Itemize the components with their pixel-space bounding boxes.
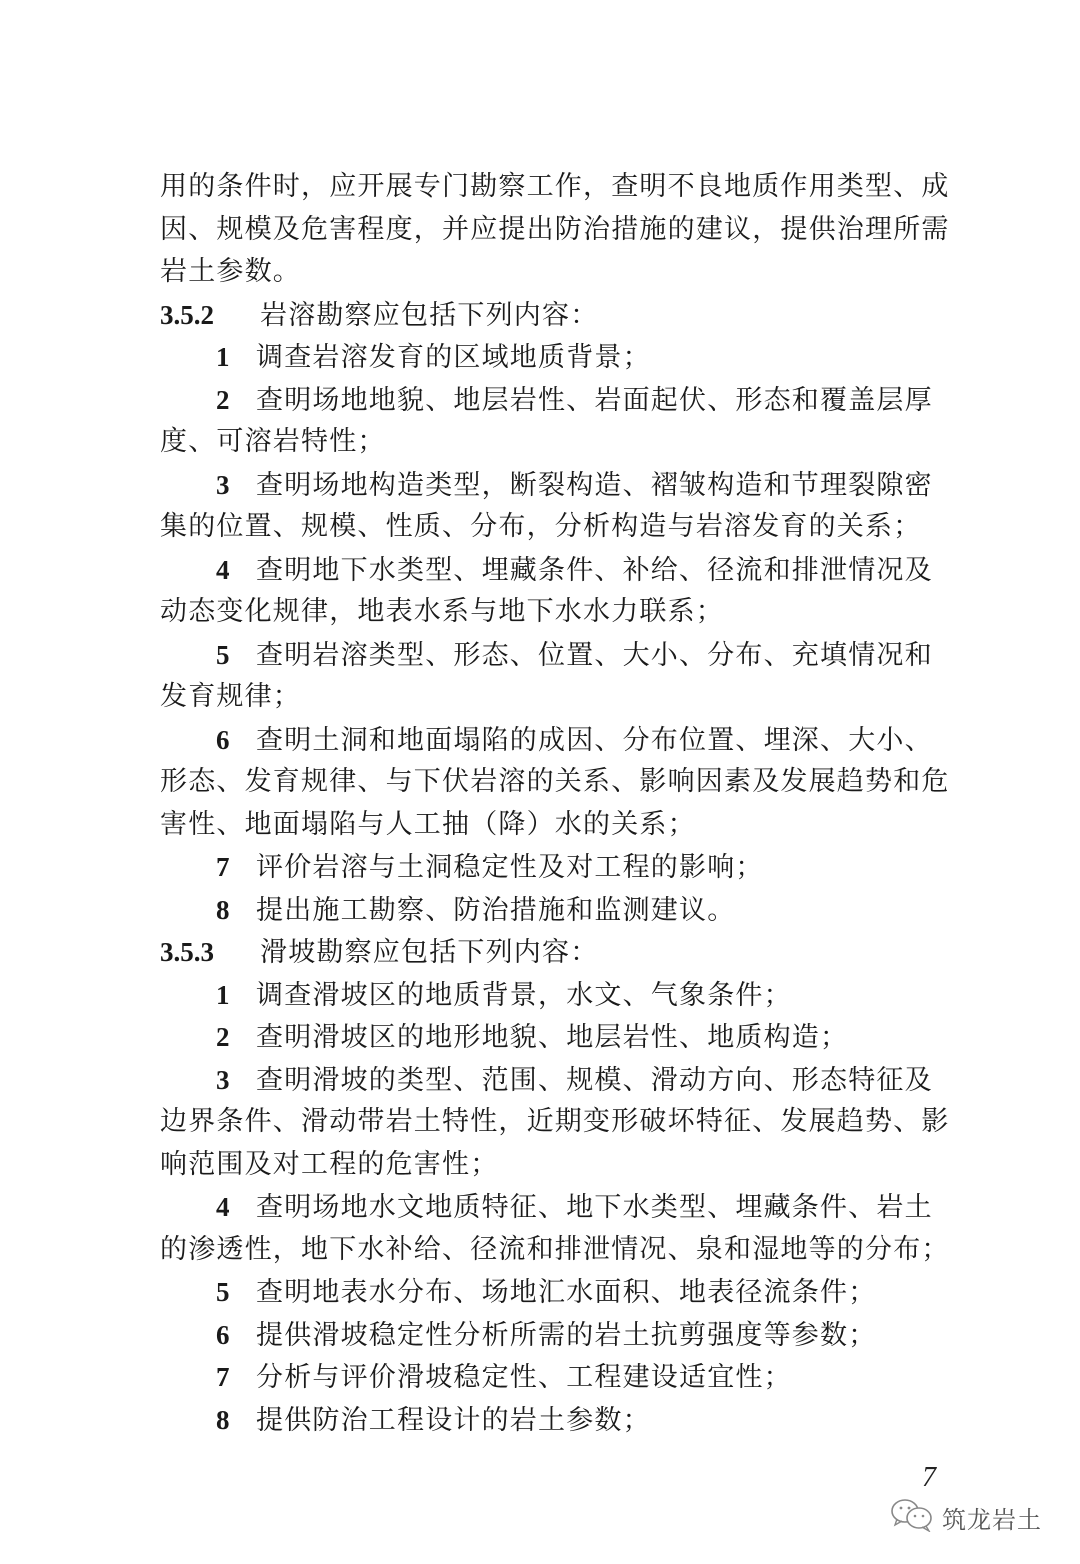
clause-number: 3.5.2 [160,294,260,337]
watermark-text: 筑龙岩土 [942,1500,1042,1535]
item-text: 提供防治工程设计的岩土参数； [256,1405,651,1436]
list-item: 8提出施工勘察、防治措施和监测建议。 [160,889,960,932]
item-number: 6 [216,1314,256,1357]
list-item: 2查明滑坡区的地形地貌、地层岩性、地质构造； [160,1016,960,1059]
item-text: 评价岩溶与土洞稳定性及对工程的影响； [256,852,764,883]
clause-number: 3.5.3 [160,931,260,974]
list-item: 1调查岩溶发育的区域地质背景； [160,336,960,379]
item-number: 8 [216,1399,256,1442]
list-item: 7分析与评价滑坡稳定性、工程建设适宜性； [160,1356,960,1399]
item-text: 查明场地构造类型，断裂构造、褶皱构造和节理裂隙密 [256,470,933,501]
item-number: 5 [216,1271,256,1314]
item-text: 查明地下水类型、埋藏条件、补给、径流和排泄情况及 [256,555,933,586]
item-number: 4 [216,549,256,592]
item-text: 提出施工勘察、防治措施和监测建议。 [256,895,735,926]
item-text-continued: 的渗透性，地下水补给、径流和排泄情况、泉和湿地等的分布； [160,1229,960,1272]
list-item: 4查明场地水文地质特征、地下水类型、埋藏条件、岩土 [160,1186,960,1229]
continuation-line: 用的条件时，应开展专门勘察工作，查明不良地质作用类型、成 [160,166,960,209]
item-text-continued: 形态、发育规律、与下伏岩溶的关系、影响因素及发展趋势和危 [160,761,960,804]
item-number: 5 [216,634,256,677]
wechat-icon [890,1498,934,1536]
watermark: 筑龙岩土 [890,1498,1042,1536]
clause-heading-3-5-2: 3.5.2岩溶勘察应包括下列内容： [160,294,960,337]
item-number: 1 [216,336,256,379]
item-text-continued: 边界条件、滑动带岩土特性，近期变形破坏特征、发展趋势、影 [160,1101,960,1144]
item-text-continued: 响范围及对工程的危害性； [160,1144,960,1187]
item-number: 1 [216,974,256,1017]
list-item: 6提供滑坡稳定性分析所需的岩土抗剪强度等参数； [160,1314,960,1357]
item-text-continued: 动态变化规律，地表水系与地下水水力联系； [160,591,960,634]
document-page: 用的条件时，应开展专门勘察工作，查明不良地质作用类型、成 因、规模及危害程度，并… [160,166,960,1441]
list-item: 6查明土洞和地面塌陷的成因、分布位置、埋深、大小、 [160,719,960,762]
item-number: 7 [216,1356,256,1399]
item-text: 查明场地水文地质特征、地下水类型、埋藏条件、岩土 [256,1192,933,1223]
item-text: 查明滑坡区的地形地貌、地层岩性、地质构造； [256,1022,848,1053]
item-text-continued: 集的位置、规模、性质、分布，分析构造与岩溶发育的关系； [160,506,960,549]
list-item: 8提供防治工程设计的岩土参数； [160,1399,960,1442]
item-number: 2 [216,1016,256,1059]
clause-title: 岩溶勘察应包括下列内容： [260,300,598,331]
list-item: 2查明场地地貌、地层岩性、岩面起伏、形态和覆盖层厚 [160,379,960,422]
item-number: 3 [216,1059,256,1102]
item-number: 6 [216,719,256,762]
item-text: 查明滑坡的类型、范围、规模、滑动方向、形态特征及 [256,1065,933,1096]
page-number: 7 [922,1462,936,1494]
item-text-continued: 度、可溶岩特性； [160,421,960,464]
item-text: 查明土洞和地面塌陷的成因、分布位置、埋深、大小、 [256,725,933,756]
list-item: 5查明地表水分布、场地汇水面积、地表径流条件； [160,1271,960,1314]
item-text-continued: 发育规律； [160,676,960,719]
continuation-line: 因、规模及危害程度，并应提出防治措施的建议，提供治理所需 [160,209,960,252]
item-number: 7 [216,846,256,889]
item-text: 调查岩溶发育的区域地质背景； [256,342,651,373]
item-number: 2 [216,379,256,422]
item-number: 4 [216,1186,256,1229]
continuation-line: 岩土参数。 [160,251,960,294]
list-item: 4查明地下水类型、埋藏条件、补给、径流和排泄情况及 [160,549,960,592]
item-text: 查明场地地貌、地层岩性、岩面起伏、形态和覆盖层厚 [256,385,933,416]
list-item: 1调查滑坡区的地质背景，水文、气象条件； [160,974,960,1017]
item-text: 查明地表水分布、场地汇水面积、地表径流条件； [256,1277,876,1308]
item-text-continued: 害性、地面塌陷与人工抽（降）水的关系； [160,804,960,847]
item-text: 分析与评价滑坡稳定性、工程建设适宜性； [256,1362,792,1393]
list-item: 3查明滑坡的类型、范围、规模、滑动方向、形态特征及 [160,1059,960,1102]
list-item: 5查明岩溶类型、形态、位置、大小、分布、充填情况和 [160,634,960,677]
item-text: 查明岩溶类型、形态、位置、大小、分布、充填情况和 [256,640,933,671]
list-item: 3查明场地构造类型，断裂构造、褶皱构造和节理裂隙密 [160,464,960,507]
item-text: 调查滑坡区的地质背景，水文、气象条件； [256,980,792,1011]
item-number: 8 [216,889,256,932]
clause-title: 滑坡勘察应包括下列内容： [260,937,598,968]
item-text: 提供滑坡稳定性分析所需的岩土抗剪强度等参数； [256,1320,876,1351]
clause-heading-3-5-3: 3.5.3滑坡勘察应包括下列内容： [160,931,960,974]
list-item: 7评价岩溶与土洞稳定性及对工程的影响； [160,846,960,889]
item-number: 3 [216,464,256,507]
